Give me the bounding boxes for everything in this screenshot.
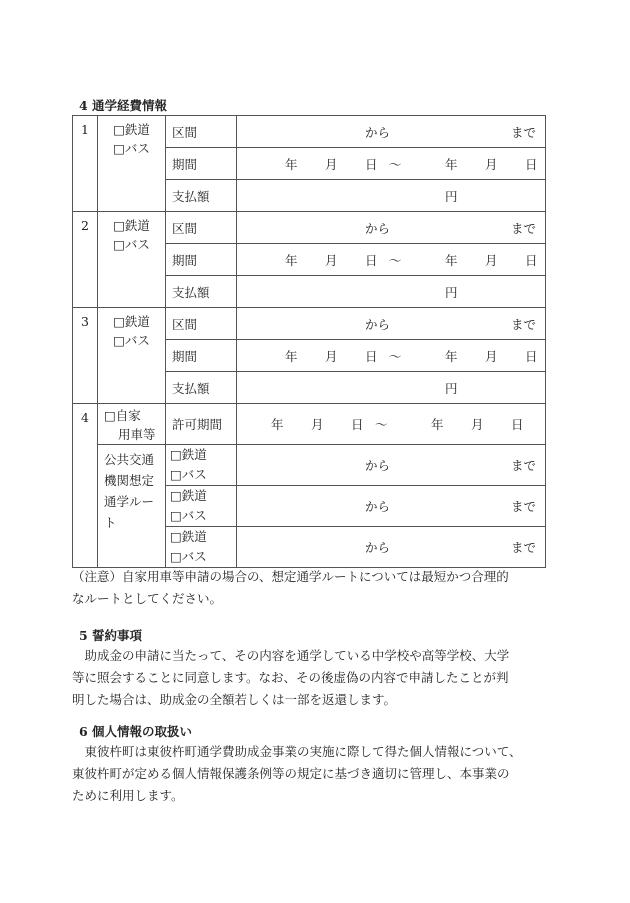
period-label: 期間 bbox=[166, 340, 237, 372]
bus-checkbox[interactable]: □バス bbox=[170, 506, 236, 526]
privacy-text: 東彼杵町は東彼杵町通学費助成金事業の実施に際して得た個人情報について、 東彼杵町… bbox=[72, 741, 562, 807]
year-label: 年 bbox=[285, 251, 298, 269]
to-label: まで bbox=[511, 219, 536, 237]
bus-checkbox[interactable]: □バス bbox=[113, 331, 150, 350]
day-label: 日 bbox=[511, 415, 524, 433]
transport-mode-cell: □鉄道 □バス bbox=[98, 116, 166, 212]
transport-mode-cell: □鉄道 □バス bbox=[98, 212, 166, 308]
section-label: 区間 bbox=[166, 116, 237, 148]
period-input[interactable]: 年 月 日 ～ 年 月 日 bbox=[237, 148, 546, 180]
rail-checkbox[interactable]: □鉄道 bbox=[170, 527, 236, 547]
period-label: 期間 bbox=[166, 244, 237, 276]
tilde: ～ bbox=[389, 155, 402, 173]
payment-label: 支払額 bbox=[166, 276, 237, 308]
note-line: （注意）自家用車等申請の場合の、想定通学ルートについては最短かつ合理的 bbox=[72, 566, 562, 588]
month-label: 月 bbox=[471, 415, 484, 433]
month-label: 月 bbox=[325, 155, 338, 173]
day-label: 日 bbox=[525, 251, 538, 269]
transport-mode-cell: □鉄道 □バス bbox=[98, 308, 166, 404]
day-label: 日 bbox=[365, 347, 378, 365]
yen-label: 円 bbox=[445, 283, 458, 301]
pledge-line: 明した場合は、助成金の全額若しくは一部を返還します。 bbox=[72, 689, 562, 711]
from-label: から bbox=[365, 456, 390, 474]
from-label: から bbox=[365, 497, 390, 515]
day-label: 日 bbox=[525, 155, 538, 173]
route-mode-cell: □鉄道 □バス bbox=[166, 486, 237, 527]
day-label: 日 bbox=[525, 347, 538, 365]
permit-period-label: 許可期間 bbox=[166, 404, 237, 445]
section-6-title: 6 個人情報の取扱い bbox=[79, 722, 192, 740]
route-label-line: ト bbox=[104, 512, 165, 533]
row-number: 4 bbox=[73, 404, 98, 568]
to-label: まで bbox=[511, 497, 536, 515]
privacy-line: 東彼杵町は東彼杵町通学費助成金事業の実施に際して得た個人情報について、 bbox=[72, 741, 562, 763]
note-text: （注意）自家用車等申請の場合の、想定通学ルートについては最短かつ合理的 なルート… bbox=[72, 566, 562, 610]
payment-input[interactable]: 円 bbox=[237, 372, 546, 404]
row-number: 2 bbox=[73, 212, 98, 308]
bus-checkbox[interactable]: □バス bbox=[113, 139, 150, 158]
bus-checkbox[interactable]: □バス bbox=[113, 235, 150, 254]
month-label: 月 bbox=[325, 347, 338, 365]
rail-checkbox[interactable]: □鉄道 bbox=[113, 120, 150, 139]
section-input[interactable]: から まで bbox=[237, 308, 546, 340]
table-row: 1 □鉄道 □バス 区間 から まで bbox=[73, 116, 546, 148]
route-label-line: 通学ルー bbox=[104, 491, 165, 512]
section-4-title: 4 通学経費情報 bbox=[79, 96, 167, 114]
rail-checkbox[interactable]: □鉄道 bbox=[113, 216, 150, 235]
pledge-line: 助成金の申請に当たって、その内容を通学している中学校や高等学校、大学 bbox=[72, 645, 562, 667]
table-row: 2 □鉄道 □バス 区間 から まで bbox=[73, 212, 546, 244]
to-label: まで bbox=[511, 315, 536, 333]
period-input[interactable]: 年 月 日 ～ 年 月 日 bbox=[237, 244, 546, 276]
payment-input[interactable]: 円 bbox=[237, 276, 546, 308]
month-label: 月 bbox=[325, 251, 338, 269]
from-label: から bbox=[365, 538, 390, 556]
route-mode-cell: □鉄道 □バス bbox=[166, 445, 237, 486]
section-5-title: 5 誓約事項 bbox=[79, 626, 142, 644]
table-row: 3 □鉄道 □バス 区間 から まで bbox=[73, 308, 546, 340]
table-row: 公共交通 機関想定 通学ルー ト □鉄道 □バス から まで bbox=[73, 445, 546, 486]
tilde: ～ bbox=[375, 415, 388, 433]
to-label: まで bbox=[511, 456, 536, 474]
row-number: 1 bbox=[73, 116, 98, 212]
route-input[interactable]: から まで bbox=[237, 527, 546, 568]
yen-label: 円 bbox=[445, 187, 458, 205]
rail-checkbox[interactable]: □鉄道 bbox=[170, 445, 236, 465]
from-label: から bbox=[365, 219, 390, 237]
commute-expense-table: 1 □鉄道 □バス 区間 から まで 期間 年 月 日 ～ 年 月 日 支払額 … bbox=[72, 115, 546, 568]
from-label: から bbox=[365, 315, 390, 333]
year-label: 年 bbox=[285, 155, 298, 173]
route-mode-cell: □鉄道 □バス bbox=[166, 527, 237, 568]
month-label: 月 bbox=[485, 347, 498, 365]
year-label: 年 bbox=[431, 415, 444, 433]
to-label: まで bbox=[511, 123, 536, 141]
privacy-line: 東彼杵町が定める個人情報保護条例等の規定に基づき適切に管理し、本事業の bbox=[72, 763, 562, 785]
private-car-label-cont: 用車等 bbox=[104, 425, 156, 444]
month-label: 月 bbox=[485, 251, 498, 269]
year-label: 年 bbox=[445, 155, 458, 173]
permit-period-input[interactable]: 年 月 日 ～ 年 月 日 bbox=[237, 404, 546, 445]
yen-label: 円 bbox=[445, 379, 458, 397]
private-car-cell: □自家 用車等 bbox=[98, 404, 166, 445]
route-label-line: 公共交通 bbox=[104, 449, 165, 470]
payment-input[interactable]: 円 bbox=[237, 180, 546, 212]
section-input[interactable]: から まで bbox=[237, 116, 546, 148]
privacy-line: ために利用します。 bbox=[72, 785, 562, 807]
to-label: まで bbox=[511, 538, 536, 556]
private-car-checkbox[interactable]: □自家 bbox=[104, 406, 141, 425]
month-label: 月 bbox=[485, 155, 498, 173]
bus-checkbox[interactable]: □バス bbox=[170, 465, 236, 485]
year-label: 年 bbox=[285, 347, 298, 365]
bus-checkbox[interactable]: □バス bbox=[170, 547, 236, 567]
public-transit-route-label: 公共交通 機関想定 通学ルー ト bbox=[98, 445, 166, 568]
route-input[interactable]: から まで bbox=[237, 445, 546, 486]
month-label: 月 bbox=[311, 415, 324, 433]
payment-label: 支払額 bbox=[166, 372, 237, 404]
period-label: 期間 bbox=[166, 148, 237, 180]
rail-checkbox[interactable]: □鉄道 bbox=[113, 312, 150, 331]
rail-checkbox[interactable]: □鉄道 bbox=[170, 486, 236, 506]
route-label-line: 機関想定 bbox=[104, 470, 165, 491]
note-line: なルートとしてください。 bbox=[72, 588, 562, 610]
section-input[interactable]: から まで bbox=[237, 212, 546, 244]
pledge-text: 助成金の申請に当たって、その内容を通学している中学校や高等学校、大学 等に照会す… bbox=[72, 645, 562, 711]
tilde: ～ bbox=[389, 251, 402, 269]
day-label: 日 bbox=[351, 415, 364, 433]
year-label: 年 bbox=[445, 251, 458, 269]
year-label: 年 bbox=[445, 347, 458, 365]
table-row: 4 □自家 用車等 許可期間 年 月 日 ～ 年 月 日 bbox=[73, 404, 546, 445]
period-input[interactable]: 年 月 日 ～ 年 月 日 bbox=[237, 340, 546, 372]
year-label: 年 bbox=[271, 415, 284, 433]
day-label: 日 bbox=[365, 251, 378, 269]
from-label: から bbox=[365, 123, 390, 141]
row-number: 3 bbox=[73, 308, 98, 404]
pledge-line: 等に照会することに同意します。なお、その後虚偽の内容で申請したことが判 bbox=[72, 667, 562, 689]
payment-label: 支払額 bbox=[166, 180, 237, 212]
section-label: 区間 bbox=[166, 212, 237, 244]
section-label: 区間 bbox=[166, 308, 237, 340]
day-label: 日 bbox=[365, 155, 378, 173]
route-input[interactable]: から まで bbox=[237, 486, 546, 527]
tilde: ～ bbox=[389, 347, 402, 365]
